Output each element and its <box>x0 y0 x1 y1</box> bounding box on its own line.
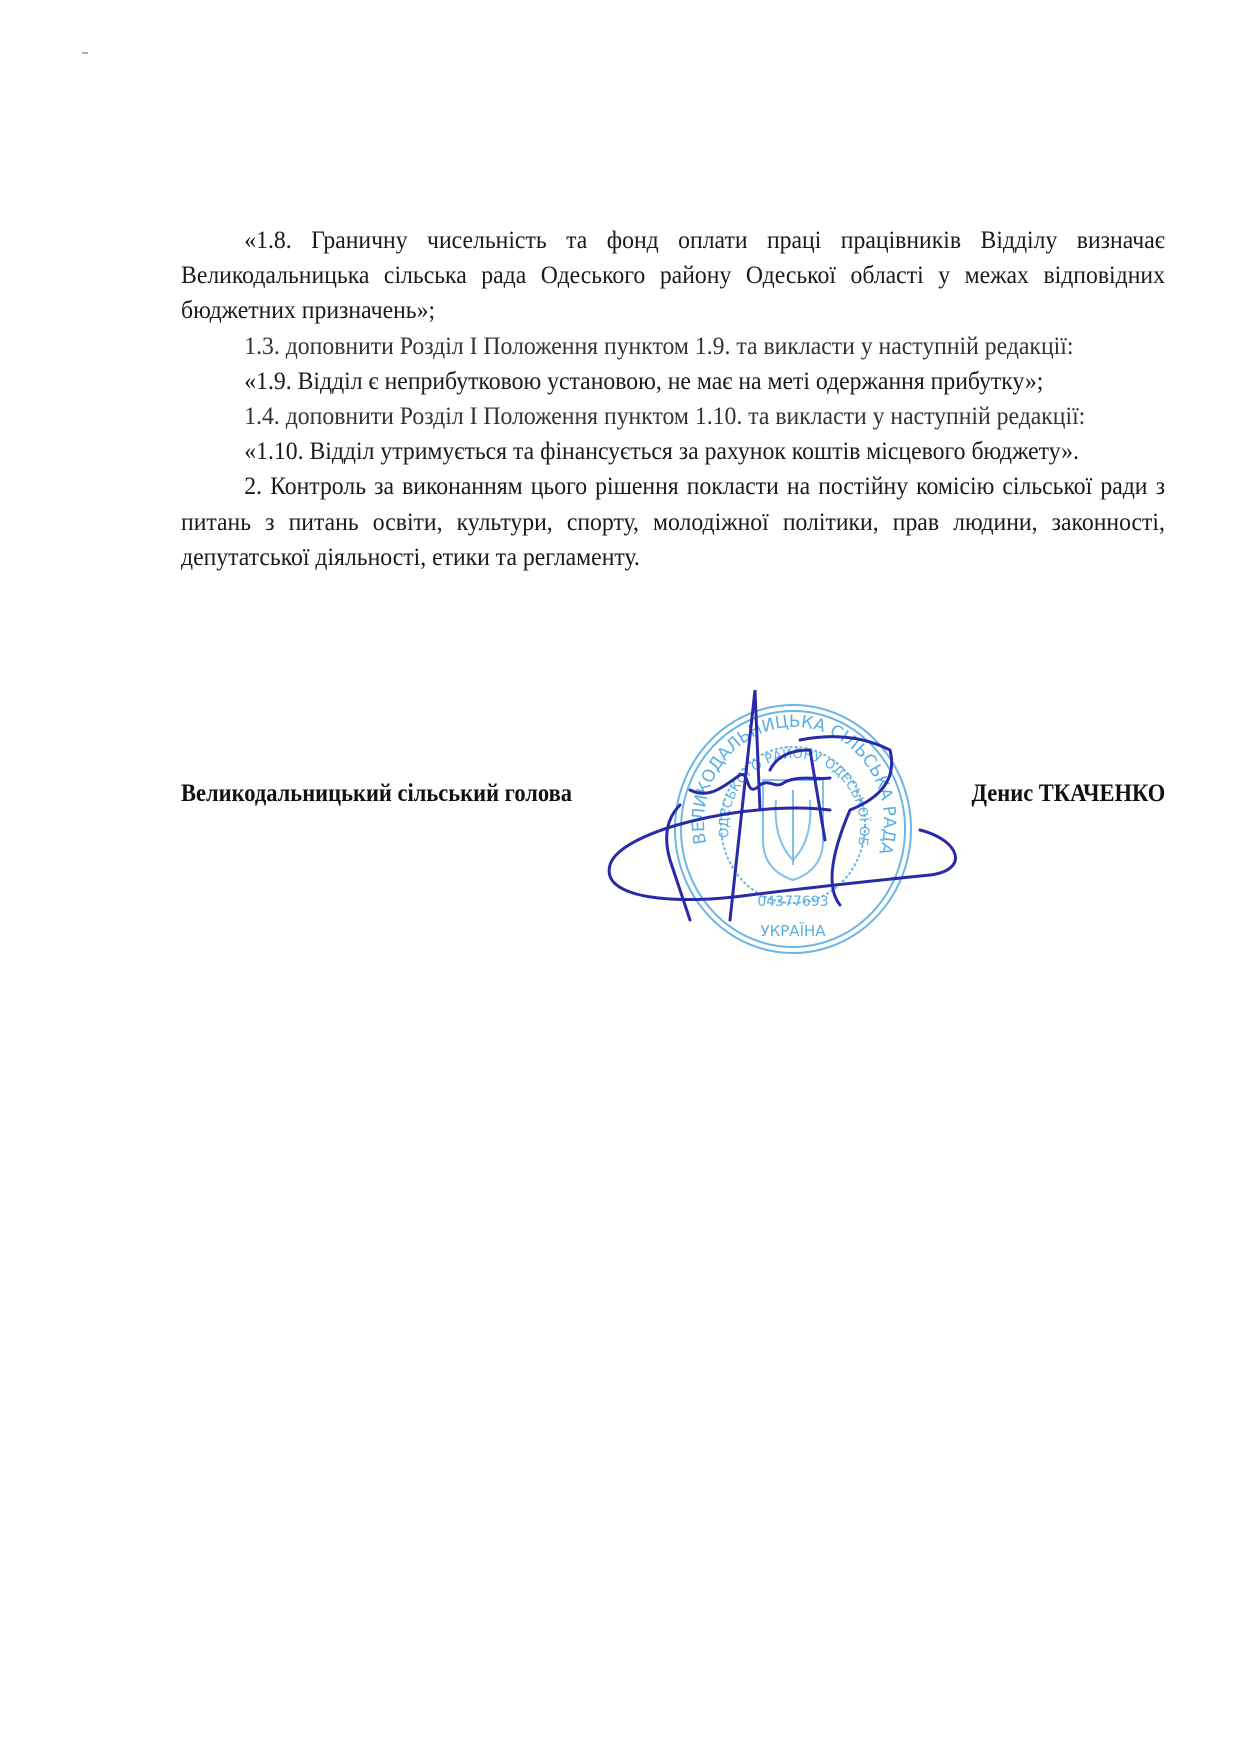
paragraph-1-4: 1.4. доповнити Розділ І Положення пункто… <box>181 398 1165 433</box>
scan-speck <box>82 52 88 54</box>
paragraph-1-3: 1.3. доповнити Розділ І Положення пункто… <box>181 328 1165 363</box>
paragraph-1-8: «1.8. Граничну чисельність та фонд оплат… <box>181 222 1165 328</box>
signatory-name: Денис ТКАЧЕНКО <box>971 780 1165 808</box>
signatory-position: Великодальницький сільський голова <box>181 780 572 808</box>
document-body: «1.8. Граничну чисельність та фонд оплат… <box>181 222 1165 574</box>
paragraph-1-10: «1.10. Відділ утримується та фінансуєтьс… <box>181 433 1165 468</box>
paragraph-2-control: 2. Контроль за виконанням цього рішення … <box>181 468 1165 574</box>
handwritten-signature-icon <box>600 690 980 940</box>
document-page: «1.8. Граничну чисельність та фонд оплат… <box>0 0 1240 1754</box>
paragraph-1-9: «1.9. Відділ є неприбутковою установою, … <box>181 363 1165 398</box>
